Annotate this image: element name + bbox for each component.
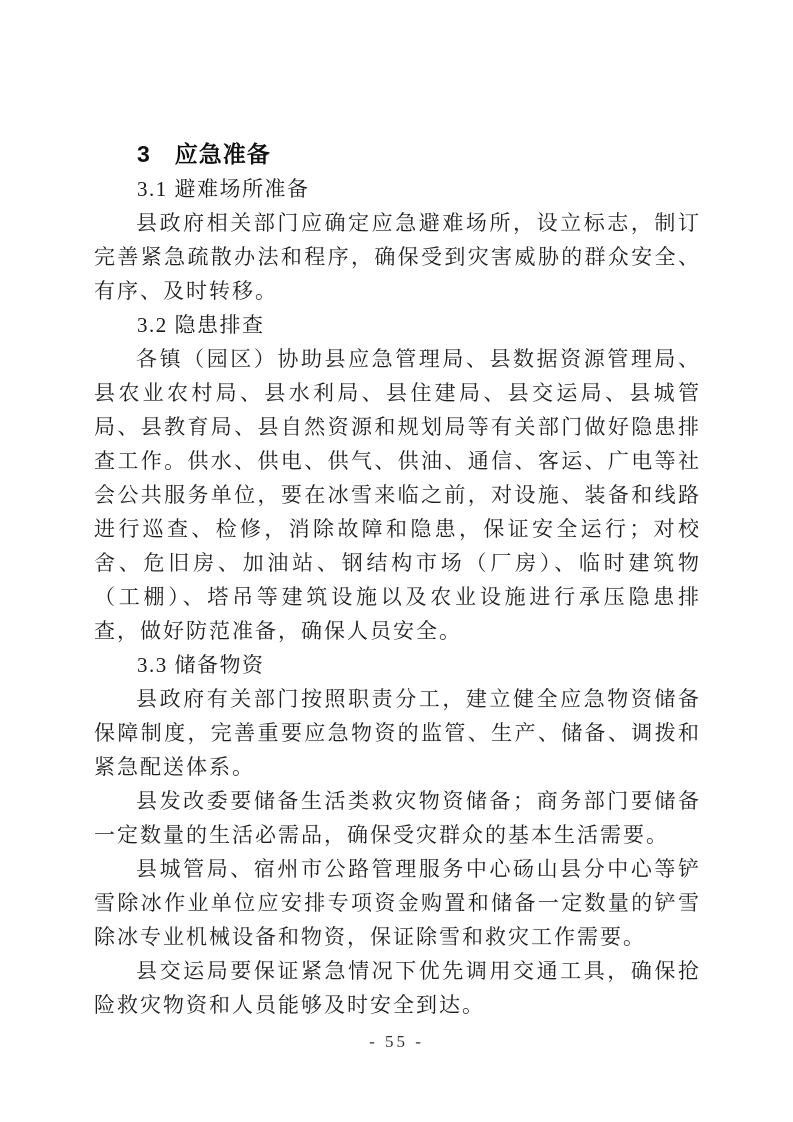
section-shelter-preparation: 3.1 避难场所准备 县政府相关部门应确定应急避难场所，设立标志，制订完善紧急疏… <box>94 172 701 308</box>
paragraph: 各镇（园区）协助县应急管理局、县数据资源管理局、县农业农村局、县水利局、县住建局… <box>94 342 701 648</box>
document-content: 3 应急准备 3.1 避难场所准备 县政府相关部门应确定应急避难场所，设立标志，… <box>94 136 701 1022</box>
section-hazard-inspection: 3.2 隐患排查 各镇（园区）协助县应急管理局、县数据资源管理局、县农业农村局、… <box>94 308 701 648</box>
section-heading-3-2: 3.2 隐患排查 <box>94 308 701 342</box>
page-number: - 55 - <box>0 1032 793 1052</box>
section-heading-3-3: 3.3 储备物资 <box>94 648 701 682</box>
paragraph: 县政府相关部门应确定应急避难场所，设立标志，制订完善紧急疏散办法和程序，确保受到… <box>94 206 701 308</box>
section-heading-3-1: 3.1 避难场所准备 <box>94 172 701 206</box>
chapter-heading: 3 应急准备 <box>94 136 701 172</box>
section-material-reserves: 3.3 储备物资 县政府有关部门按照职责分工，建立健全应急物资储备保障制度，完善… <box>94 648 701 1022</box>
paragraph: 县交运局要保证紧急情况下优先调用交通工具，确保抢险救灾物资和人员能够及时安全到达… <box>94 954 701 1022</box>
paragraph: 县政府有关部门按照职责分工，建立健全应急物资储备保障制度，完善重要应急物资的监管… <box>94 682 701 784</box>
paragraph: 县城管局、宿州市公路管理服务中心砀山县分中心等铲雪除冰作业单位应安排专项资金购置… <box>94 852 701 954</box>
paragraph: 县发改委要储备生活类救灾物资储备；商务部门要储备一定数量的生活必需品，确保受灾群… <box>94 784 701 852</box>
document-page: 3 应急准备 3.1 避难场所准备 县政府相关部门应确定应急避难场所，设立标志，… <box>0 0 793 1122</box>
